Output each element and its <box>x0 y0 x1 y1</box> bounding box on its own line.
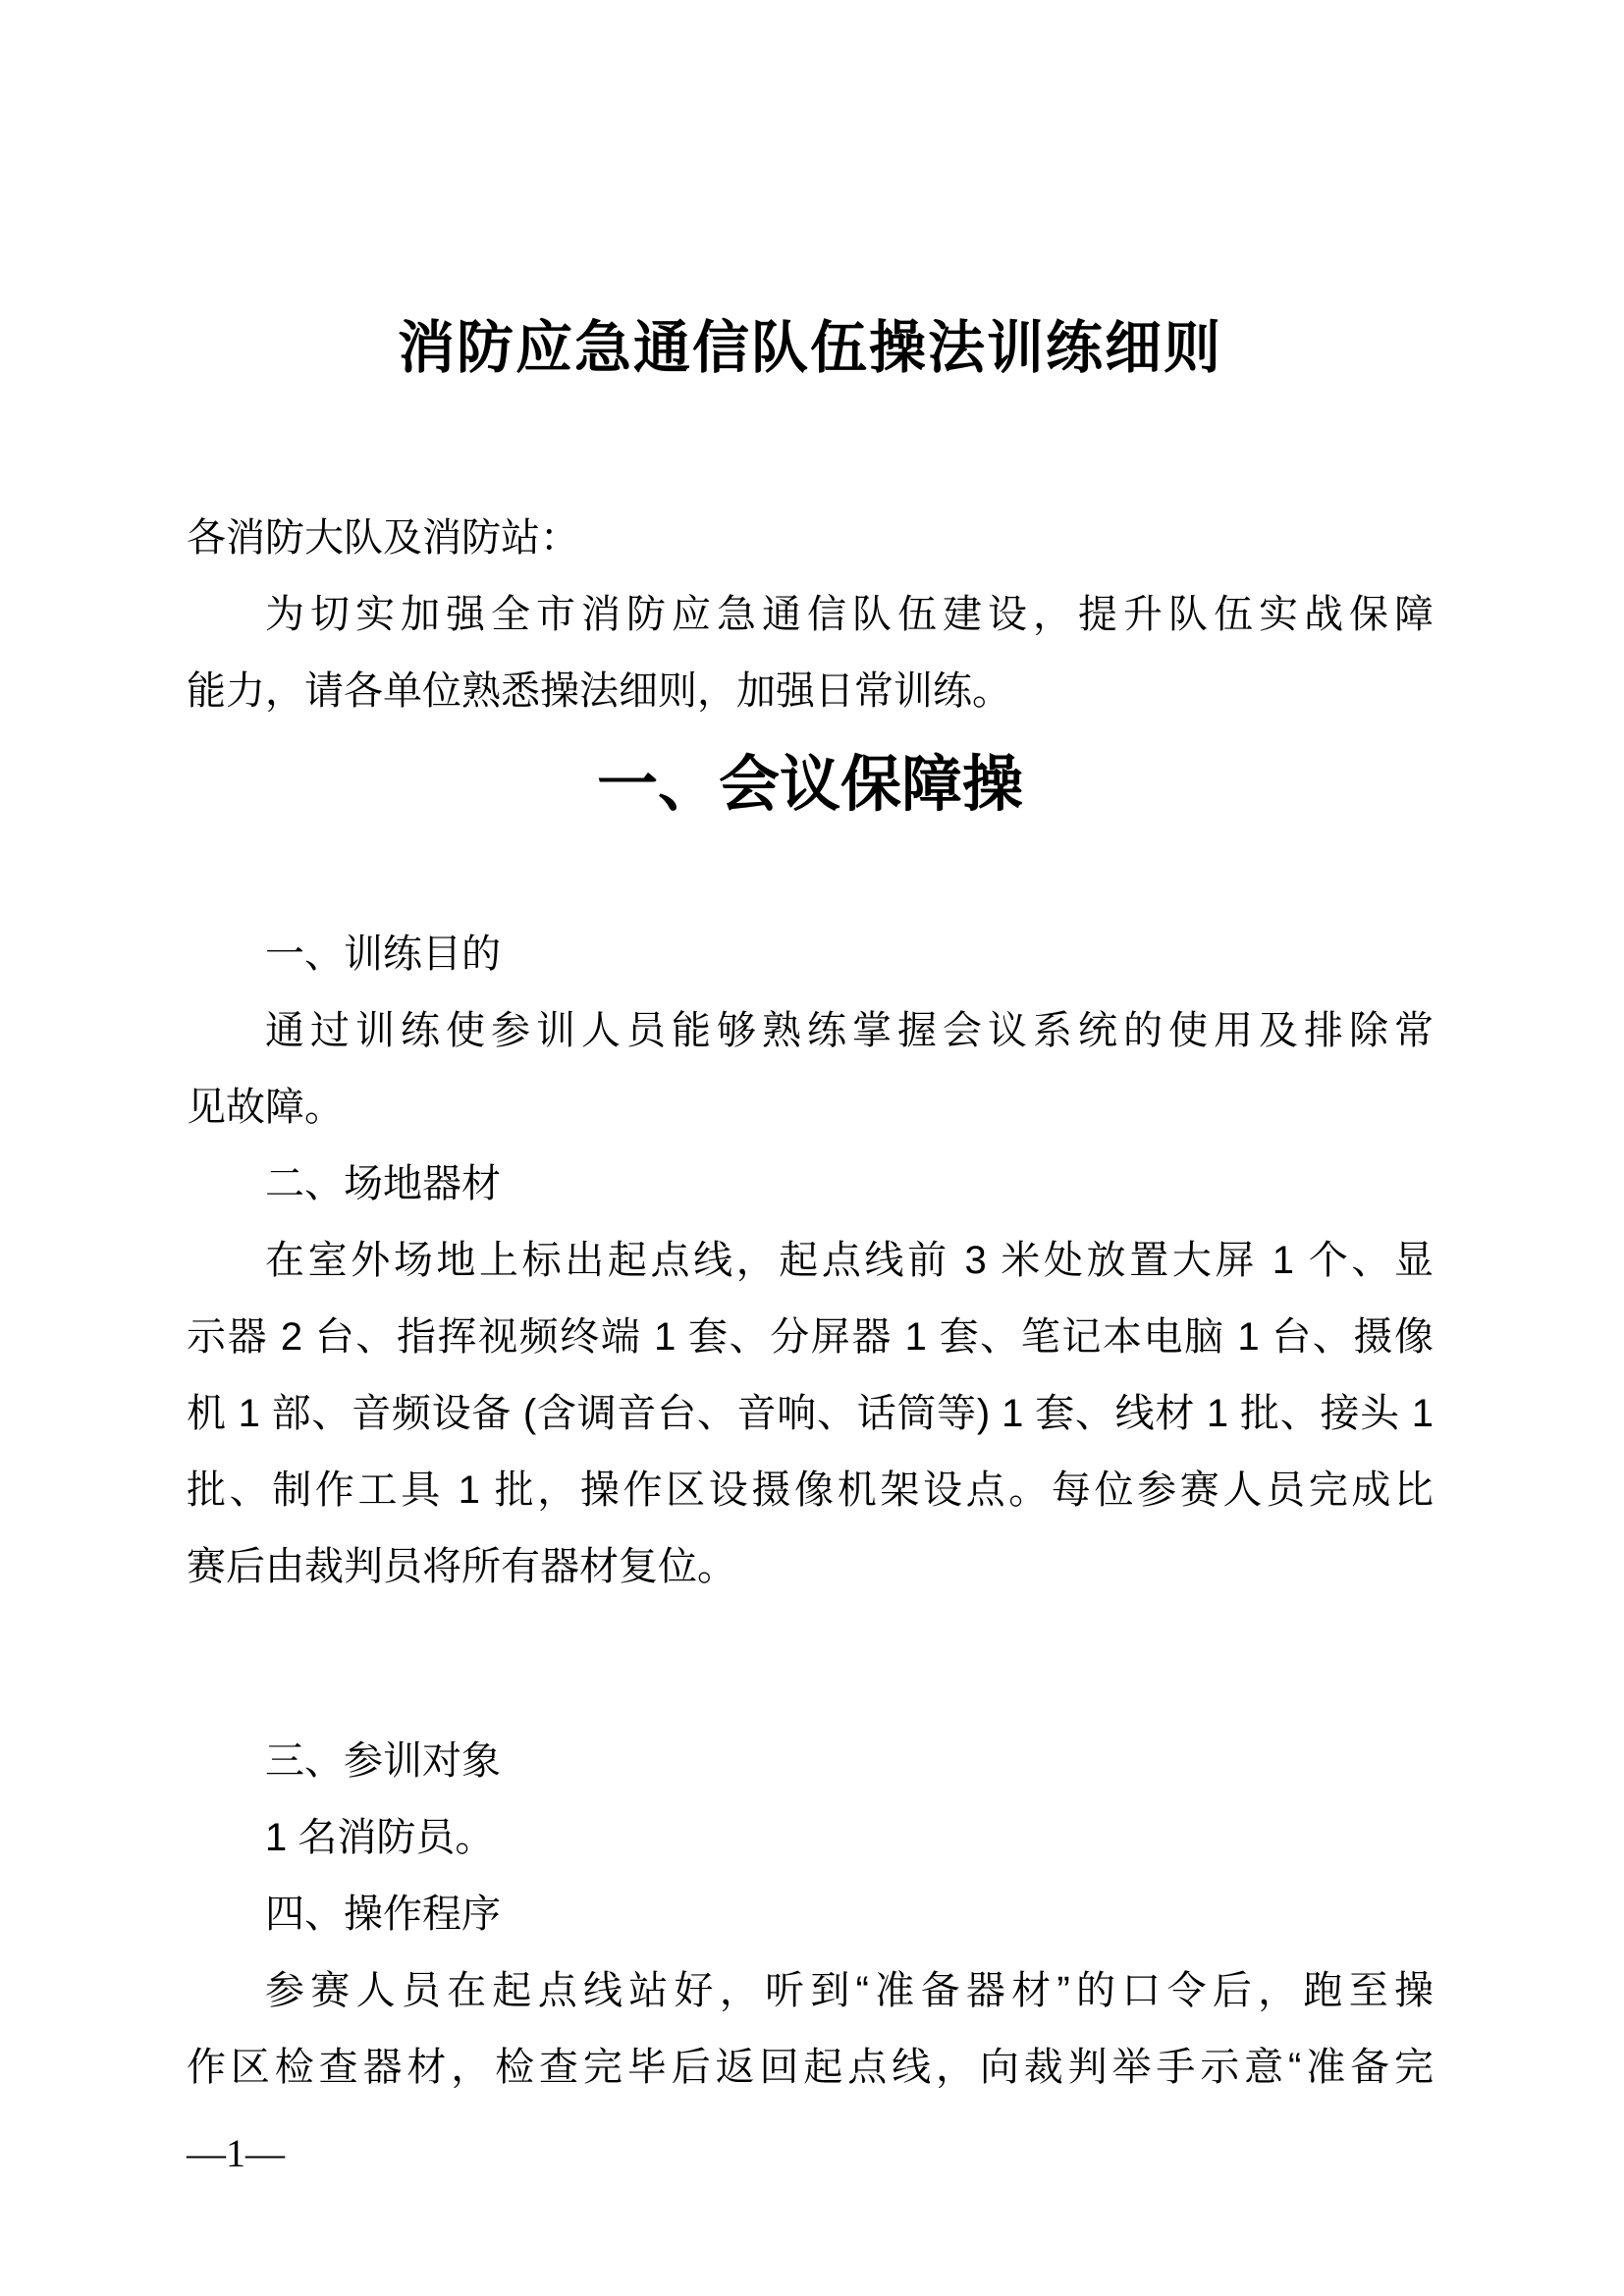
body-line: 通过训练使参训人员能够熟练掌握会议系统的使用及排除常 <box>187 992 1434 1069</box>
intro-line: 能力，请各单位熟悉操法细则，加强日常训练。 <box>187 653 1434 729</box>
body-line: 见故障。 <box>187 1069 1434 1146</box>
body-line: 在室外场地上标出起点线，起点线前 3 米处放置大屏 1 个、显 <box>187 1222 1434 1299</box>
body-line: 1 名消防员。 <box>187 1799 1434 1876</box>
salutation-line: 各消防大队及消防站： <box>187 500 1434 576</box>
body-line: 参赛人员在起点线站好，听到“准备器材”的口令后，跑至操 <box>187 1952 1434 2029</box>
intro-line: 为切实加强全市消防应急通信队伍建设，提升队伍实战保障 <box>187 576 1434 653</box>
body-line: 示器 2 台、指挥视频终端 1 套、分屏器 1 套、笔记本电脑 1 台、摄像 <box>187 1299 1434 1375</box>
body-line: 作区检查器材，检查完毕后返回起点线，向裁判举手示意“准备完 <box>187 2029 1434 2106</box>
body-line: 赛后由裁判员将所有器材复位。 <box>187 1528 1434 1605</box>
subsection-heading-training-purpose: 一、训练目的 <box>187 916 1434 992</box>
page-number: —1— <box>187 2132 285 2175</box>
subsection-heading-participants: 三、参训对象 <box>187 1723 1434 1799</box>
blank-line <box>187 1605 1434 1723</box>
section-heading: 一、会议保障操 <box>187 741 1434 829</box>
subsection-heading-site-equipment: 二、场地器材 <box>187 1146 1434 1222</box>
body-line: 机 1 部、音频设备 (含调音台、音响、话筒等) 1 套、线材 1 批、接头 1 <box>187 1375 1434 1452</box>
document-body: 各消防大队及消防站： 为切实加强全市消防应急通信队伍建设，提升队伍实战保障 能力… <box>187 500 1434 2106</box>
body-line: 批、制作工具 1 批，操作区设摄像机架设点。每位参赛人员完成比 <box>187 1452 1434 1528</box>
document-title: 消防应急通信队伍操法训练细则 <box>187 316 1434 381</box>
subsection-heading-procedure: 四、操作程序 <box>187 1876 1434 1952</box>
document-page: 消防应急通信队伍操法训练细则 各消防大队及消防站： 为切实加强全市消防应急通信队… <box>0 0 1624 2296</box>
